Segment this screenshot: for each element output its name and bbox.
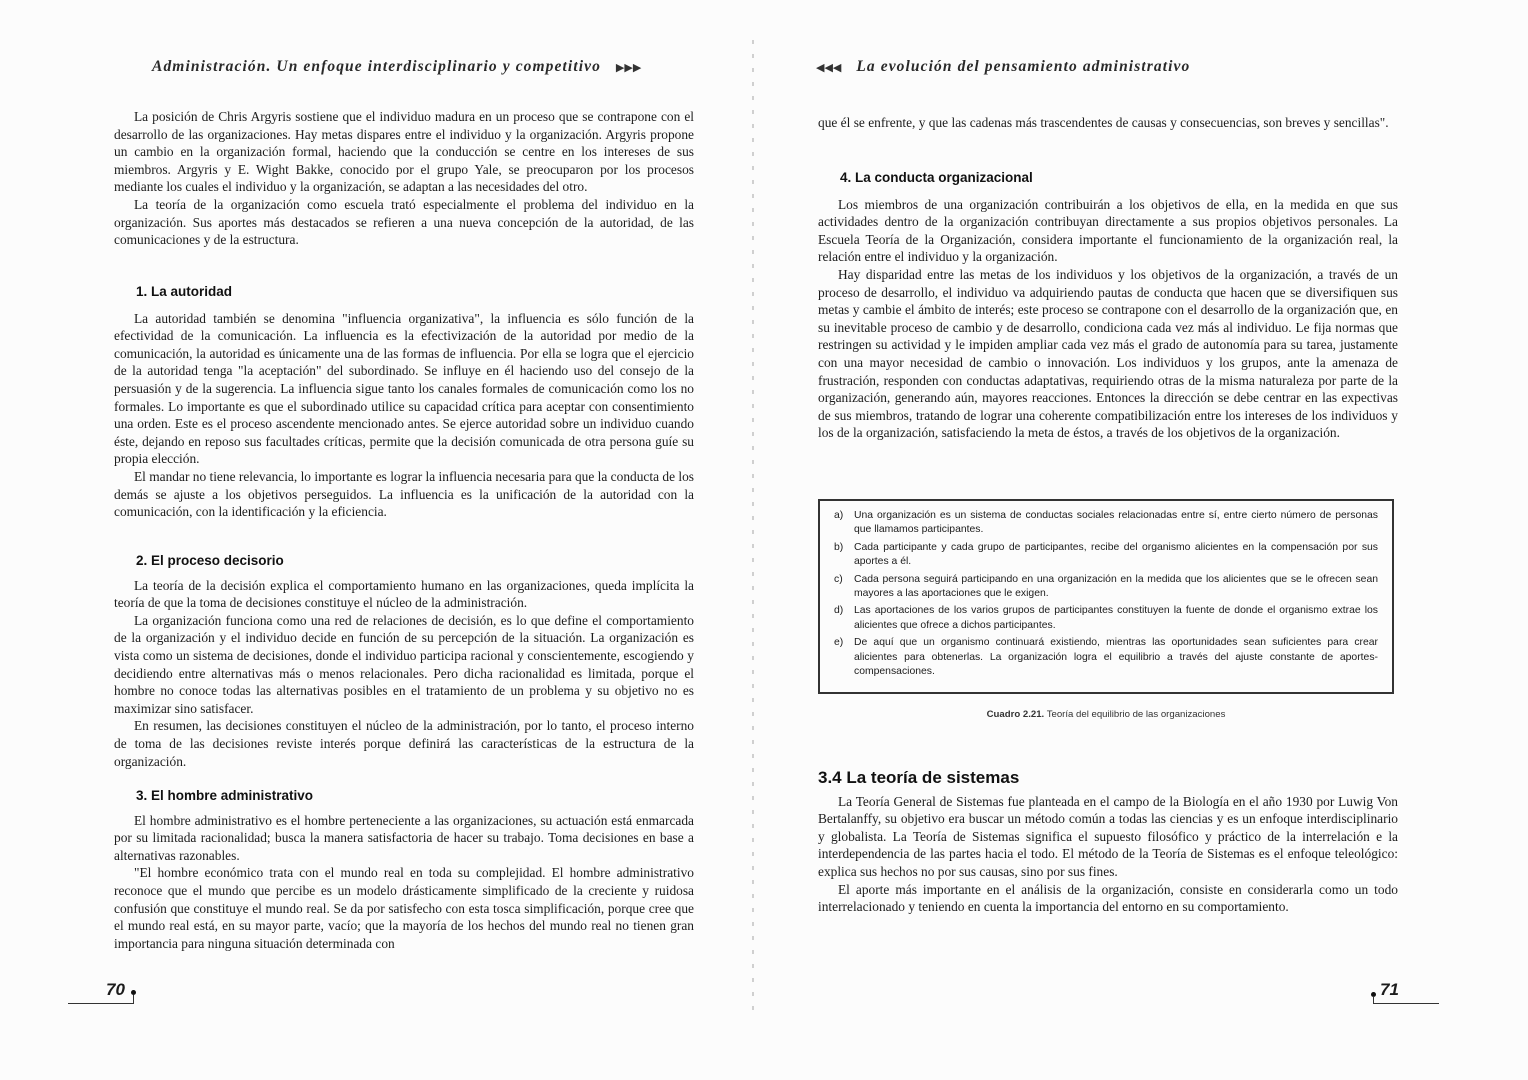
folio-rule bbox=[1373, 1003, 1439, 1004]
continuation-text: que él se enfrente, y que las cadenas má… bbox=[818, 114, 1398, 132]
paragraph: Los miembros de una organización contrib… bbox=[818, 196, 1398, 266]
left-intro: La posición de Chris Argyris sostiene qu… bbox=[114, 108, 694, 249]
section-heading: 2. El proceso decisorio bbox=[114, 552, 694, 570]
paragraph: La teoría de la decisión explica el comp… bbox=[114, 577, 694, 612]
arrow-right-icon: ▶▶▶ bbox=[616, 62, 641, 74]
running-head-right: ◀◀◀ La evolución del pensamiento adminis… bbox=[816, 58, 1190, 76]
arrow-left-icon: ◀◀◀ bbox=[816, 62, 841, 74]
running-head-left: Administración. Un enfoque interdiscipli… bbox=[152, 58, 641, 76]
equilibrium-box: a) Una organización es un sistema de con… bbox=[818, 499, 1394, 694]
section-autoridad: 1. La autoridad La autoridad también se … bbox=[114, 283, 694, 521]
page-number-right: 71 bbox=[1380, 980, 1399, 1000]
caption-label: Cuadro 2.21. bbox=[987, 709, 1045, 720]
paragraph: "El hombre económico trata con el mundo … bbox=[114, 864, 694, 952]
paragraph: El mandar no tiene relevancia, lo import… bbox=[114, 468, 694, 521]
section-proceso-decisorio: 2. El proceso decisorio La teoría de la … bbox=[114, 552, 694, 770]
paragraph: Hay disparidad entre las metas de los in… bbox=[818, 266, 1398, 442]
paragraph: La posición de Chris Argyris sostiene qu… bbox=[114, 108, 694, 196]
box-caption: Cuadro 2.21. Teoría del equilibrio de la… bbox=[818, 709, 1394, 720]
caption-text: Teoría del equilibrio de las organizacio… bbox=[1044, 709, 1225, 720]
right-page: ◀◀◀ La evolución del pensamiento adminis… bbox=[756, 0, 1528, 1080]
folio-rule bbox=[68, 1003, 134, 1004]
running-head-title: Administración. Un enfoque interdiscipli… bbox=[152, 58, 601, 75]
section-heading: 3.4 La teoría de sistemas bbox=[818, 769, 1398, 787]
page-gutter bbox=[752, 40, 754, 1010]
paragraph: La autoridad también se denomina "influe… bbox=[114, 310, 694, 468]
left-page: Administración. Un enfoque interdiscipli… bbox=[0, 0, 752, 1080]
paragraph: La organización funciona como una red de… bbox=[114, 612, 694, 718]
folio-tick bbox=[133, 995, 134, 1003]
page-number-left: 70 bbox=[106, 980, 125, 1000]
paragraph: que él se enfrente, y que las cadenas má… bbox=[818, 114, 1398, 132]
paragraph: El hombre administrativo es el hombre pe… bbox=[114, 812, 694, 865]
paragraph: El aporte más importante en el análisis … bbox=[818, 881, 1398, 916]
list-item: d) Las aportaciones de los varios grupos… bbox=[834, 604, 1378, 633]
section-heading: 4. La conducta organizacional bbox=[818, 169, 1398, 187]
list-item: e) De aquí que un organismo continuará e… bbox=[834, 636, 1378, 679]
section-conducta-organizacional: 4. La conducta organizacional Los miembr… bbox=[818, 169, 1398, 442]
paragraph: En resumen, las decisiones constituyen e… bbox=[114, 717, 694, 770]
section-heading: 1. La autoridad bbox=[114, 283, 694, 301]
section-heading: 3. El hombre administrativo bbox=[114, 787, 694, 805]
section-hombre-administrativo: 3. El hombre administrativo El hombre ad… bbox=[114, 787, 694, 952]
paragraph: La Teoría General de Sistemas fue plante… bbox=[818, 793, 1398, 881]
running-head-title: La evolución del pensamiento administrat… bbox=[856, 58, 1190, 75]
book-spread: Administración. Un enfoque interdiscipli… bbox=[0, 0, 1528, 1080]
paragraph: La teoría de la organización como escuel… bbox=[114, 196, 694, 249]
list-item: b) Cada participante y cada grupo de par… bbox=[834, 541, 1378, 570]
list-item: c) Cada persona seguirá participando en … bbox=[834, 573, 1378, 602]
list-item: a) Una organización es un sistema de con… bbox=[834, 509, 1378, 538]
section-teoria-sistemas: 3.4 La teoría de sistemas La Teoría Gene… bbox=[818, 769, 1398, 916]
